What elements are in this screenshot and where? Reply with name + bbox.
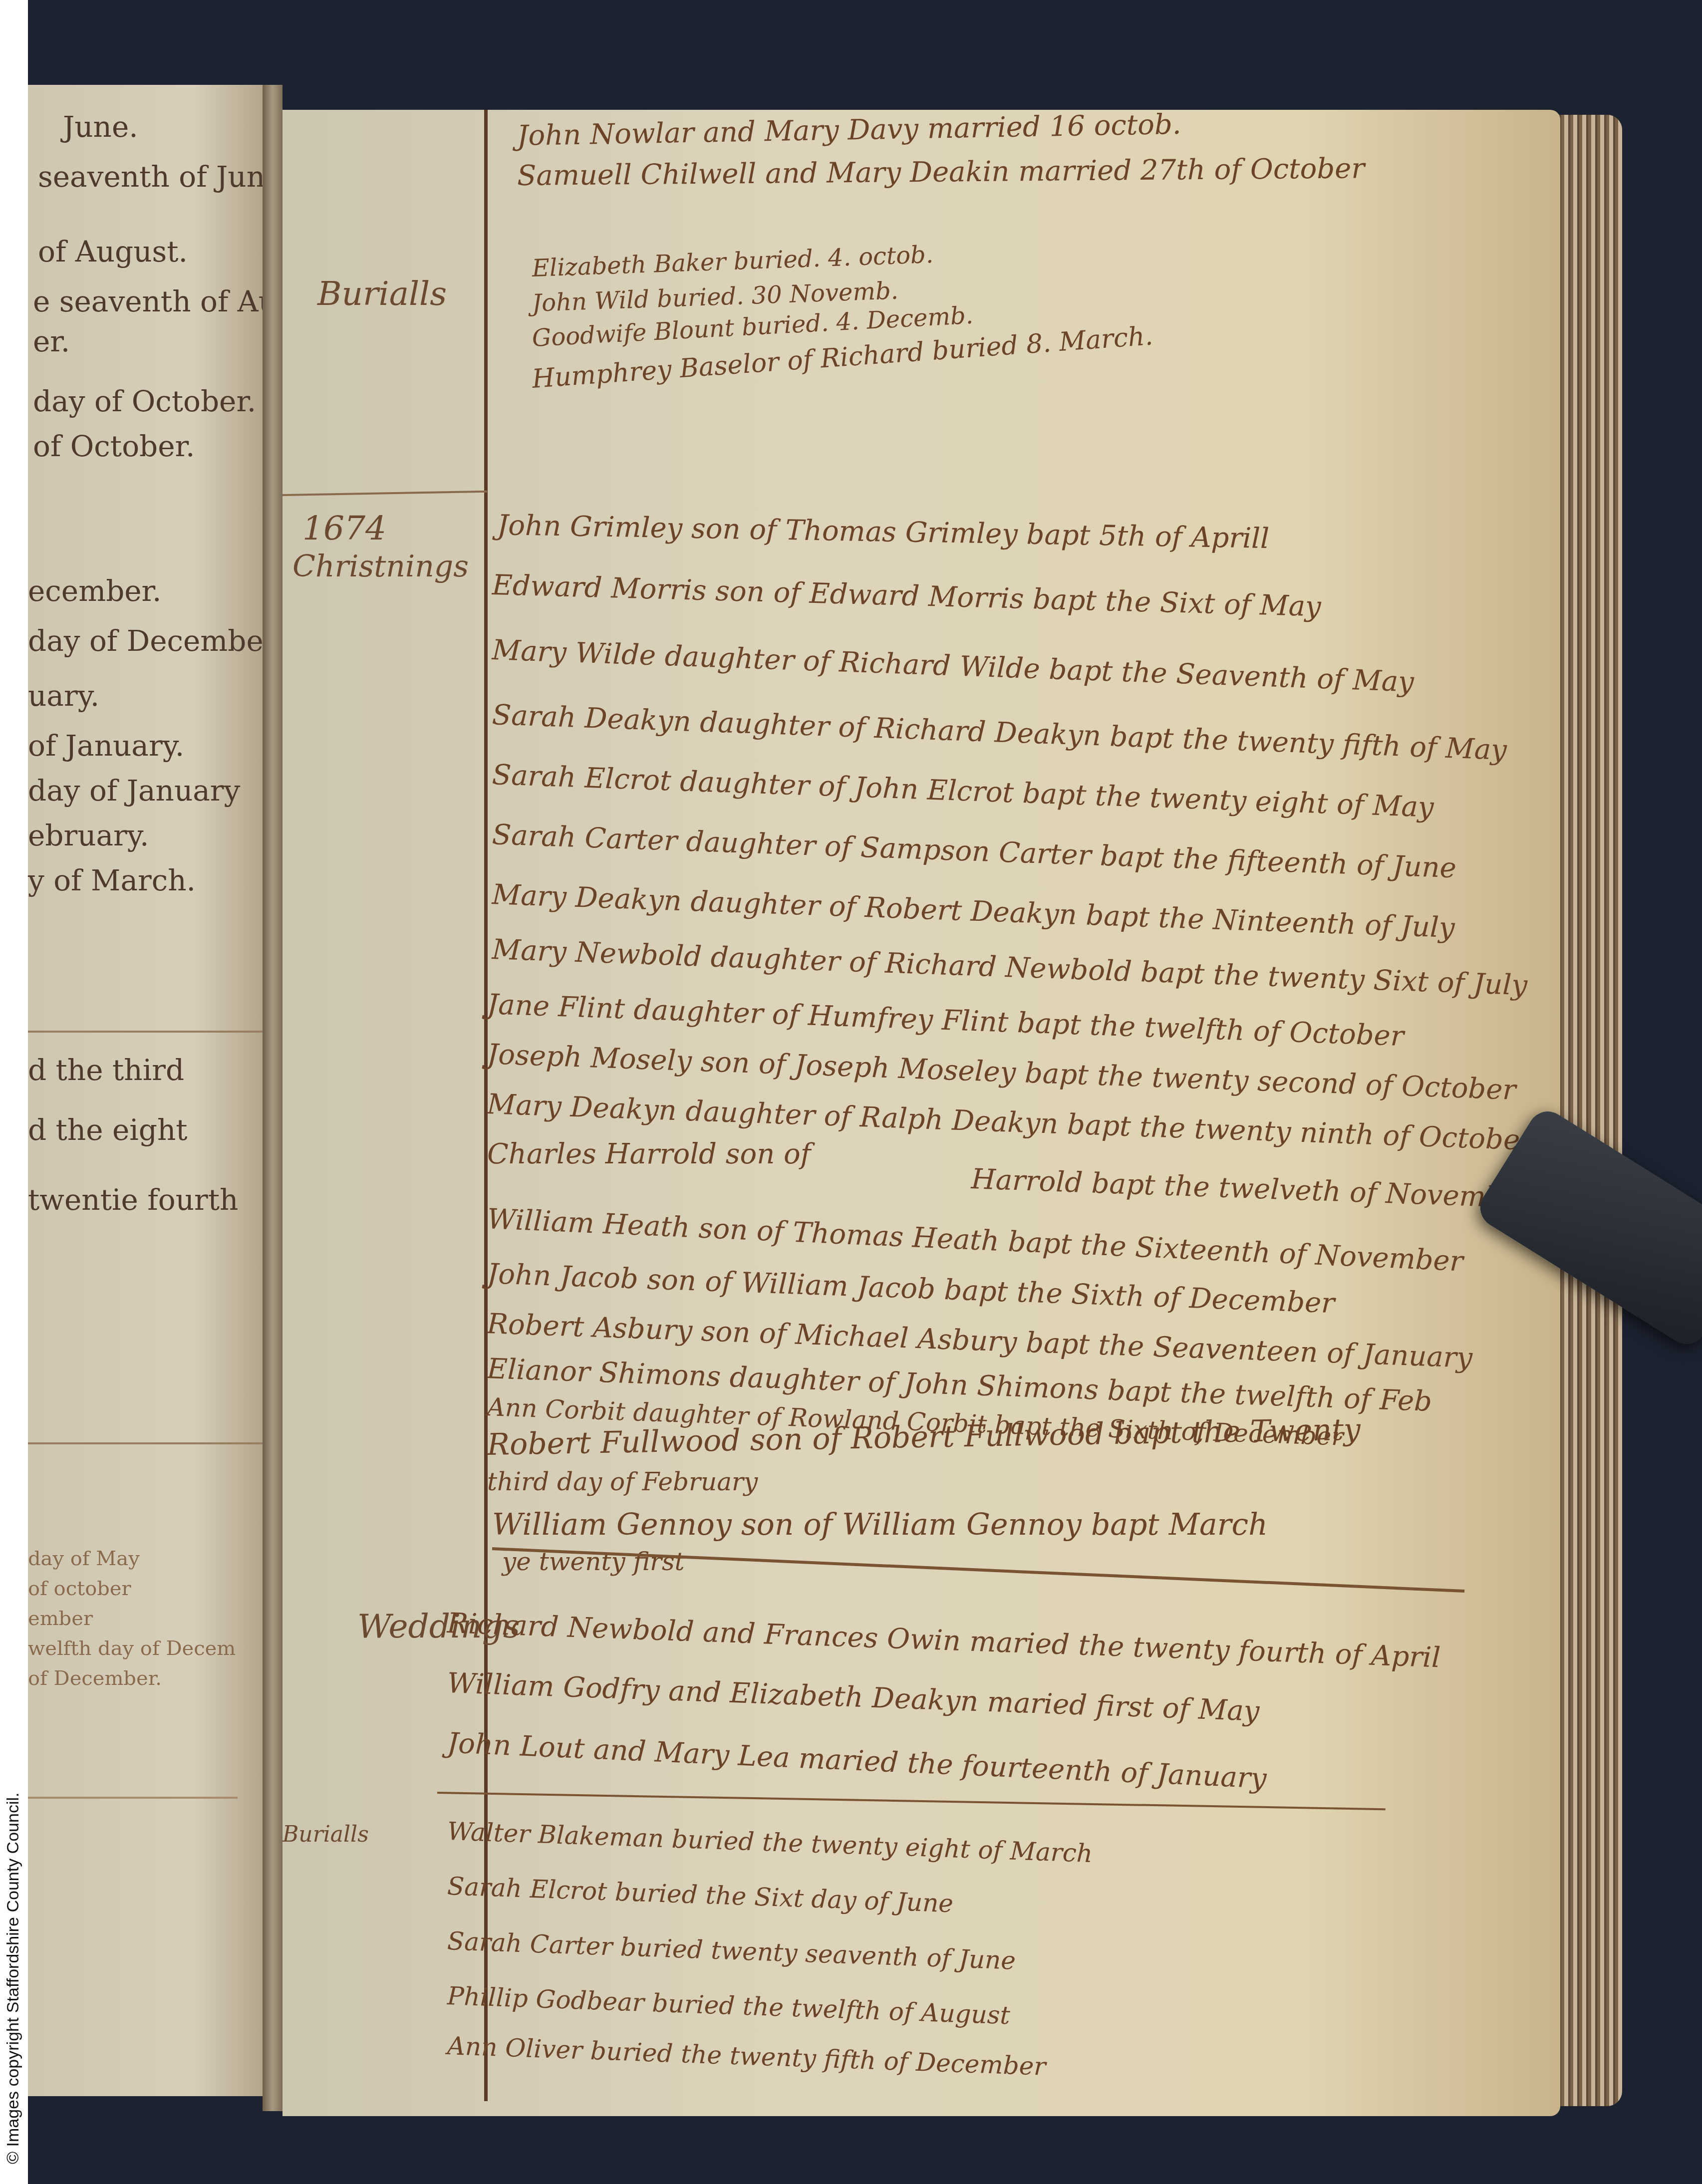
register-entry: Ann Oliver buried the twenty fifth of De…: [447, 2031, 1046, 2081]
register-entry: Walter Blakeman buried the twenty eight …: [447, 1817, 1093, 1868]
left-page-line: ebruary.: [28, 819, 149, 852]
left-page-line: of october: [28, 1577, 131, 1600]
left-page-line: seaventh of June: [38, 160, 282, 194]
section-heading-burialls: Burialls: [317, 274, 447, 313]
register-entry: William Godfry and Elizabeth Deakyn mari…: [447, 1667, 1260, 1728]
register-entry: Richard Newbold and Frances Owin maried …: [447, 1607, 1441, 1674]
left-page-line: d the third: [28, 1053, 184, 1087]
left-page-line: day of May: [28, 1547, 140, 1570]
section-divider: [283, 491, 487, 496]
section-divider: [437, 1792, 1386, 1810]
register-entry: Charles Harrold son of: [487, 1138, 811, 1170]
section-heading-christnings: Christnings: [292, 549, 469, 584]
left-page-line: of January.: [28, 729, 184, 763]
register-entry: John Grimley son of Thomas Grimley bapt …: [497, 509, 1269, 555]
left-page-divider: [28, 1797, 238, 1799]
left-page-line: June.: [63, 110, 138, 144]
left-page-line: twentie fourth: [28, 1183, 238, 1217]
register-entry: John Jacob son of William Jacob bapt the…: [487, 1258, 1335, 1320]
register-entry: Edward Morris son of Edward Morris bapt …: [492, 569, 1321, 623]
register-entry: Harrold bapt the twelveth of November: [971, 1163, 1534, 1215]
left-page-line: er.: [33, 324, 70, 358]
left-page-line: of October.: [33, 429, 195, 463]
register-entry: Phillip Godbear buried the twelfth of Au…: [447, 1981, 1011, 2030]
register-entry: Sarah Elcrot daughter of John Elcrot bap…: [492, 759, 1434, 824]
left-page-line: ember: [28, 1607, 93, 1630]
right-page: John Nowlar and Mary Davy married 16 oct…: [283, 110, 1560, 2116]
left-page-line: y of March.: [28, 863, 196, 897]
left-page-line: day of October.: [33, 384, 256, 418]
copyright-text: © Images copyright Staffordshire County …: [3, 1793, 23, 2164]
register-entry: Mary Wilde daughter of Richard Wilde bap…: [492, 634, 1415, 698]
copyright-strip: © Images copyright Staffordshire County …: [0, 0, 28, 2184]
left-page-line: ecember.: [28, 574, 161, 608]
register-entry: Sarah Carter daughter of Sampson Carter …: [492, 819, 1457, 884]
left-page-line: of August.: [38, 235, 188, 269]
left-page-divider: [28, 1442, 263, 1444]
register-entry: Sarah Elcrot buried the Sixt day of June: [447, 1872, 954, 1918]
register-entry: third day of February: [487, 1467, 758, 1496]
left-page-line: d the eight: [28, 1113, 188, 1147]
section-heading-burialls: Burialls: [283, 1822, 369, 1847]
register-entry: Sarah Deakyn daughter of Richard Deakyn …: [492, 699, 1507, 767]
left-page-line: of December.: [28, 1667, 162, 1690]
register-entry: John Lout and Mary Lea maried the fourte…: [447, 1727, 1267, 1795]
register-entry: Samuell Chilwell and Mary Deakin married…: [517, 152, 1365, 192]
book-spine: [263, 85, 283, 2111]
register-entry: Elizabeth Baker buried. 4. octob.: [532, 241, 934, 282]
register-entry: Mary Newbold daughter of Richard Newbold…: [492, 933, 1528, 1002]
left-page-line: day of December: [28, 624, 278, 658]
left-page-divider: [28, 1031, 263, 1033]
page-edges: [1552, 115, 1622, 2106]
register-entry: Mary Deakyn daughter of Robert Deakyn ba…: [492, 878, 1455, 944]
register-entry: Sarah Carter buried twenty seaventh of J…: [447, 1926, 1016, 1975]
register-entry: William Gennoy son of William Gennoy bap…: [492, 1507, 1268, 1542]
year-label: 1674: [302, 509, 386, 547]
left-page-line: uary.: [28, 679, 99, 713]
left-page: June. seaventh of June of August. e seav…: [28, 85, 263, 2096]
left-page-line: day of January: [28, 774, 240, 808]
register-entry: John Nowlar and Mary Davy married 16 oct…: [517, 108, 1181, 152]
left-page-line: welfth day of Decem: [28, 1637, 236, 1660]
